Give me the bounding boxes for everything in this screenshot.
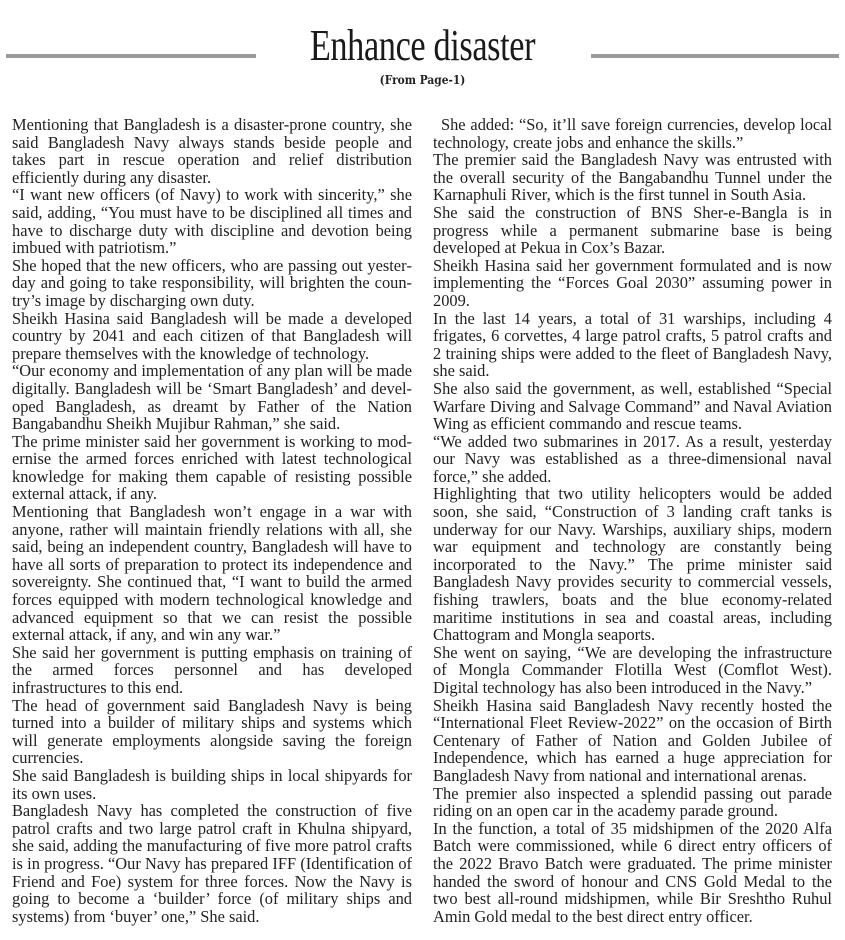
paragraph: “Our economy and implementation of any p… bbox=[12, 362, 412, 432]
paragraph: Sheikh Hasina said Bangladesh Navy recen… bbox=[433, 697, 832, 785]
header-rule-right bbox=[591, 54, 839, 58]
paragraph: In the function, a total of 35 midshipme… bbox=[433, 820, 832, 926]
paragraph: She went on saying, “We are developing t… bbox=[433, 644, 832, 697]
paragraph: She also said the government, as well, e… bbox=[433, 380, 832, 433]
continuation-note: (From Page-1) bbox=[63, 72, 781, 88]
paragraph: The prime minister said her government i… bbox=[12, 433, 412, 503]
paragraph: Highlighting that two utility helicopter… bbox=[433, 485, 832, 643]
headline: Enhance disaster bbox=[93, 22, 752, 70]
paragraph: She hoped that the new officers, who are… bbox=[12, 257, 412, 310]
paragraph: She said the construction of BNS Sher-e-… bbox=[433, 204, 832, 257]
paragraph: Mentioning that Bangladesh won’t engage … bbox=[12, 503, 412, 644]
article-column-right: She added: “So, it’ll save foreign curre… bbox=[433, 116, 832, 925]
paragraph: She said her government is putting empha… bbox=[12, 644, 412, 697]
paragraph: “I want new officers (of Navy) to work w… bbox=[12, 186, 412, 256]
paragraph: The premier also inspected a splendid pa… bbox=[433, 785, 832, 820]
paragraph: “We added two submarines in 2017. As a r… bbox=[433, 433, 832, 486]
paragraph: The premier said the Bangladesh Navy was… bbox=[433, 151, 832, 204]
paragraph: Bangladesh Navy has completed the constr… bbox=[12, 802, 412, 925]
paragraph: Sheikh Hasina said Bangladesh will be ma… bbox=[12, 310, 412, 363]
paragraph: In the last 14 years, a total of 31 wars… bbox=[433, 310, 832, 380]
paragraph: Mentioning that Bangladesh is a disaster… bbox=[12, 116, 412, 186]
article-header: Enhance disaster (From Page-1) bbox=[0, 0, 845, 100]
article-column-left: Mentioning that Bangladesh is a disaster… bbox=[12, 116, 412, 925]
paragraph: She said Bangladesh is building ships in… bbox=[12, 767, 412, 802]
paragraph: Sheikh Hasina said her government formul… bbox=[433, 257, 832, 310]
paragraph: She added: “So, it’ll save foreign curre… bbox=[433, 116, 832, 151]
paragraph: The head of government said Bangladesh N… bbox=[12, 697, 412, 767]
